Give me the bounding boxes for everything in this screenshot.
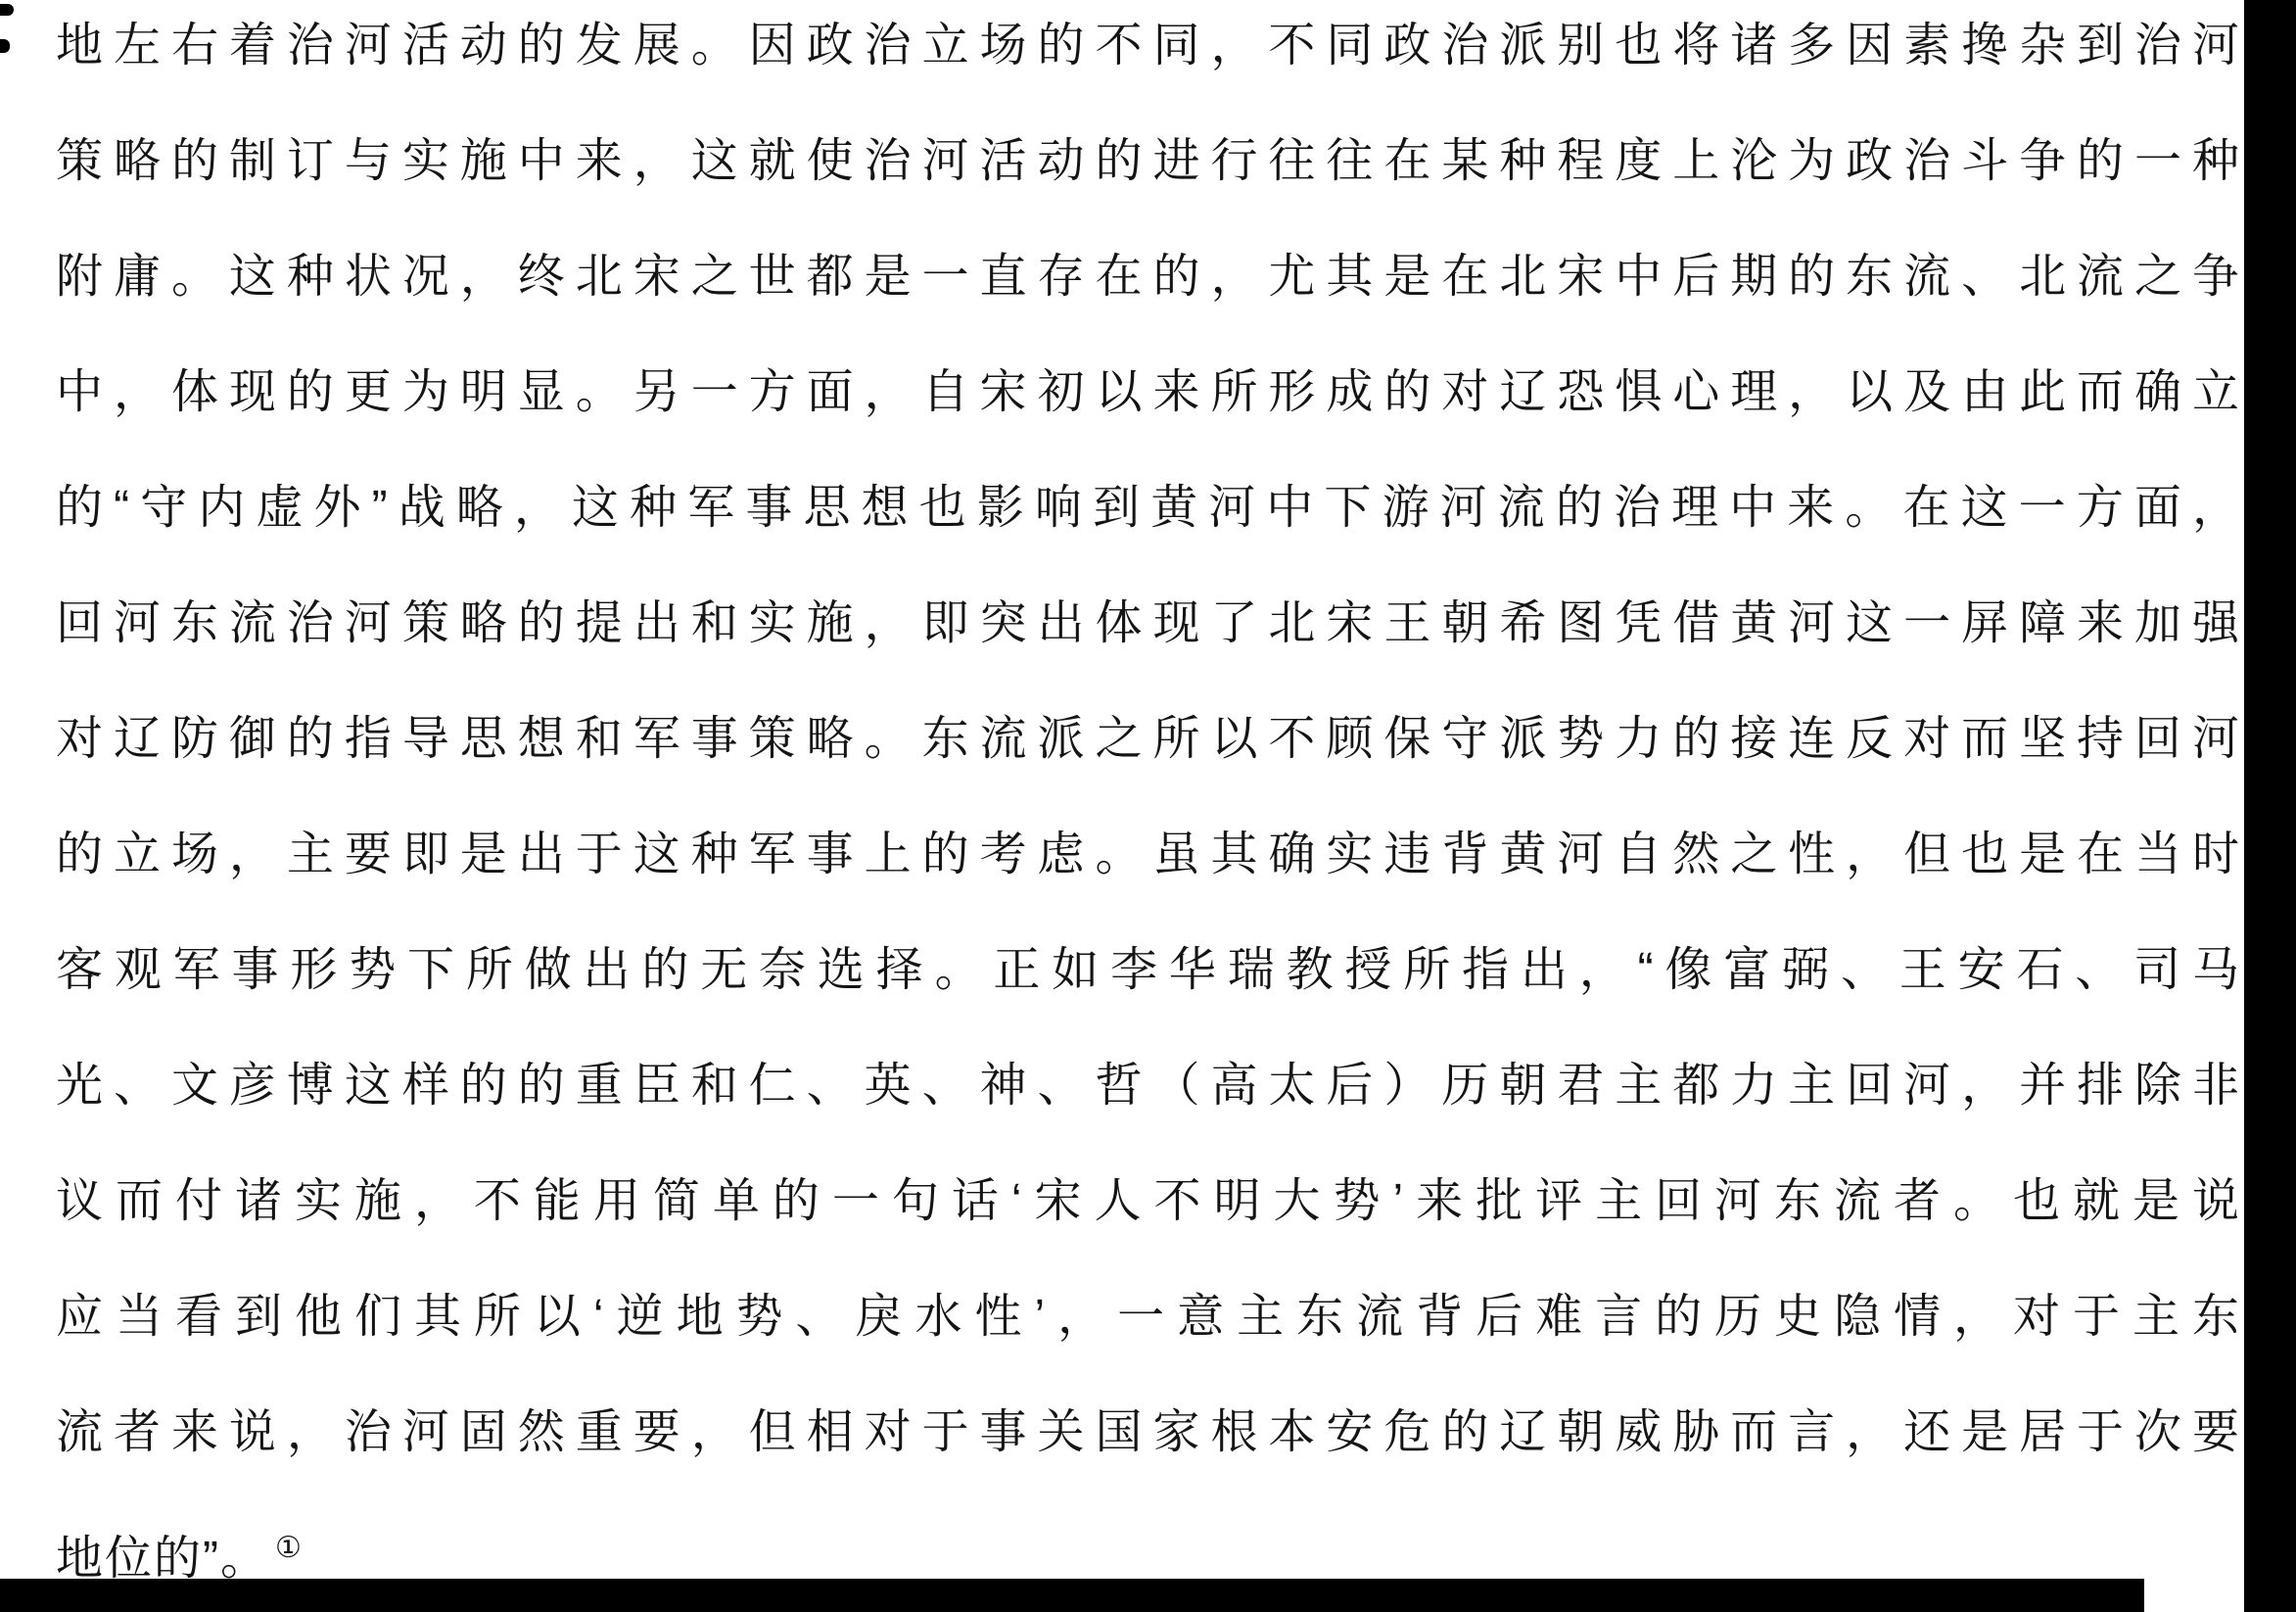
text-line: 议而付诸实施，不能用简单的一句话‘宋人不明大势’来批评主回河东流者。也就是说	[56, 1144, 2241, 1259]
text-line: 回河东流治河策略的提出和实施，即突出体现了北宋王朝希图凭借黄河这一屏障来加强	[56, 566, 2241, 682]
text-line: 光、文彦博这样的的重臣和仁、英、神、哲（高太后）历朝君主都力主回河，并排除非	[56, 1028, 2241, 1144]
text-line: 策略的制订与实施中来，这就使治河活动的进行往往在某种程度上沦为政治斗争的一种	[56, 104, 2241, 219]
text-line: 地左右着治河活动的发展。因政治立场的不同，不同政治派别也将诸多因素搀杂到治河	[56, 0, 2241, 104]
scan-mark	[0, 4, 14, 16]
text-line: 附庸。这种状况，终北宋之世都是一直存在的，尤其是在北宋中后期的东流、北流之争	[56, 219, 2241, 335]
scan-mark	[0, 39, 10, 53]
text-line: 的立场，主要即是出于这种军事上的考虑。虽其确实违背黄河自然之性，但也是在当时	[56, 797, 2241, 913]
text-line: 中，体现的更为明显。另一方面，自宋初以来所形成的对辽恐惧心理，以及由此而确立	[56, 335, 2241, 450]
text-line: 对辽防御的指导思想和军事策略。东流派之所以不顾保守派势力的接连反对而坚持回河	[56, 682, 2241, 797]
last-line-text: 地位的”。	[56, 1533, 269, 1585]
scan-border-bottom	[0, 1579, 2144, 1612]
text-line: 客观军事形势下所做出的无奈选择。正如李华瑞教授所指出，“像富弼、王安石、司马	[56, 913, 2241, 1028]
text-line: 的“守内虚外”战略，这种军事思想也影响到黄河中下游河流的治理中来。在这一方面，	[56, 450, 2241, 566]
scan-border-right	[2244, 0, 2296, 1612]
text-line: 流者来说，治河固然重要，但相对于事关国家根本安危的辽朝威胁而言，还是居于次要	[56, 1375, 2241, 1491]
text-line: 应当看到他们其所以‘逆地势、戾水性’，一意主东流背后难言的历史隐情，对于主东	[56, 1259, 2241, 1375]
footnote-marker: ①	[275, 1532, 302, 1564]
body-text: 地左右着治河活动的发展。因政治立场的不同，不同政治派别也将诸多因素搀杂到治河 策…	[56, 0, 2241, 1606]
scanned-document-page: 地左右着治河活动的发展。因政治立场的不同，不同政治派别也将诸多因素搀杂到治河 策…	[0, 0, 2296, 1612]
